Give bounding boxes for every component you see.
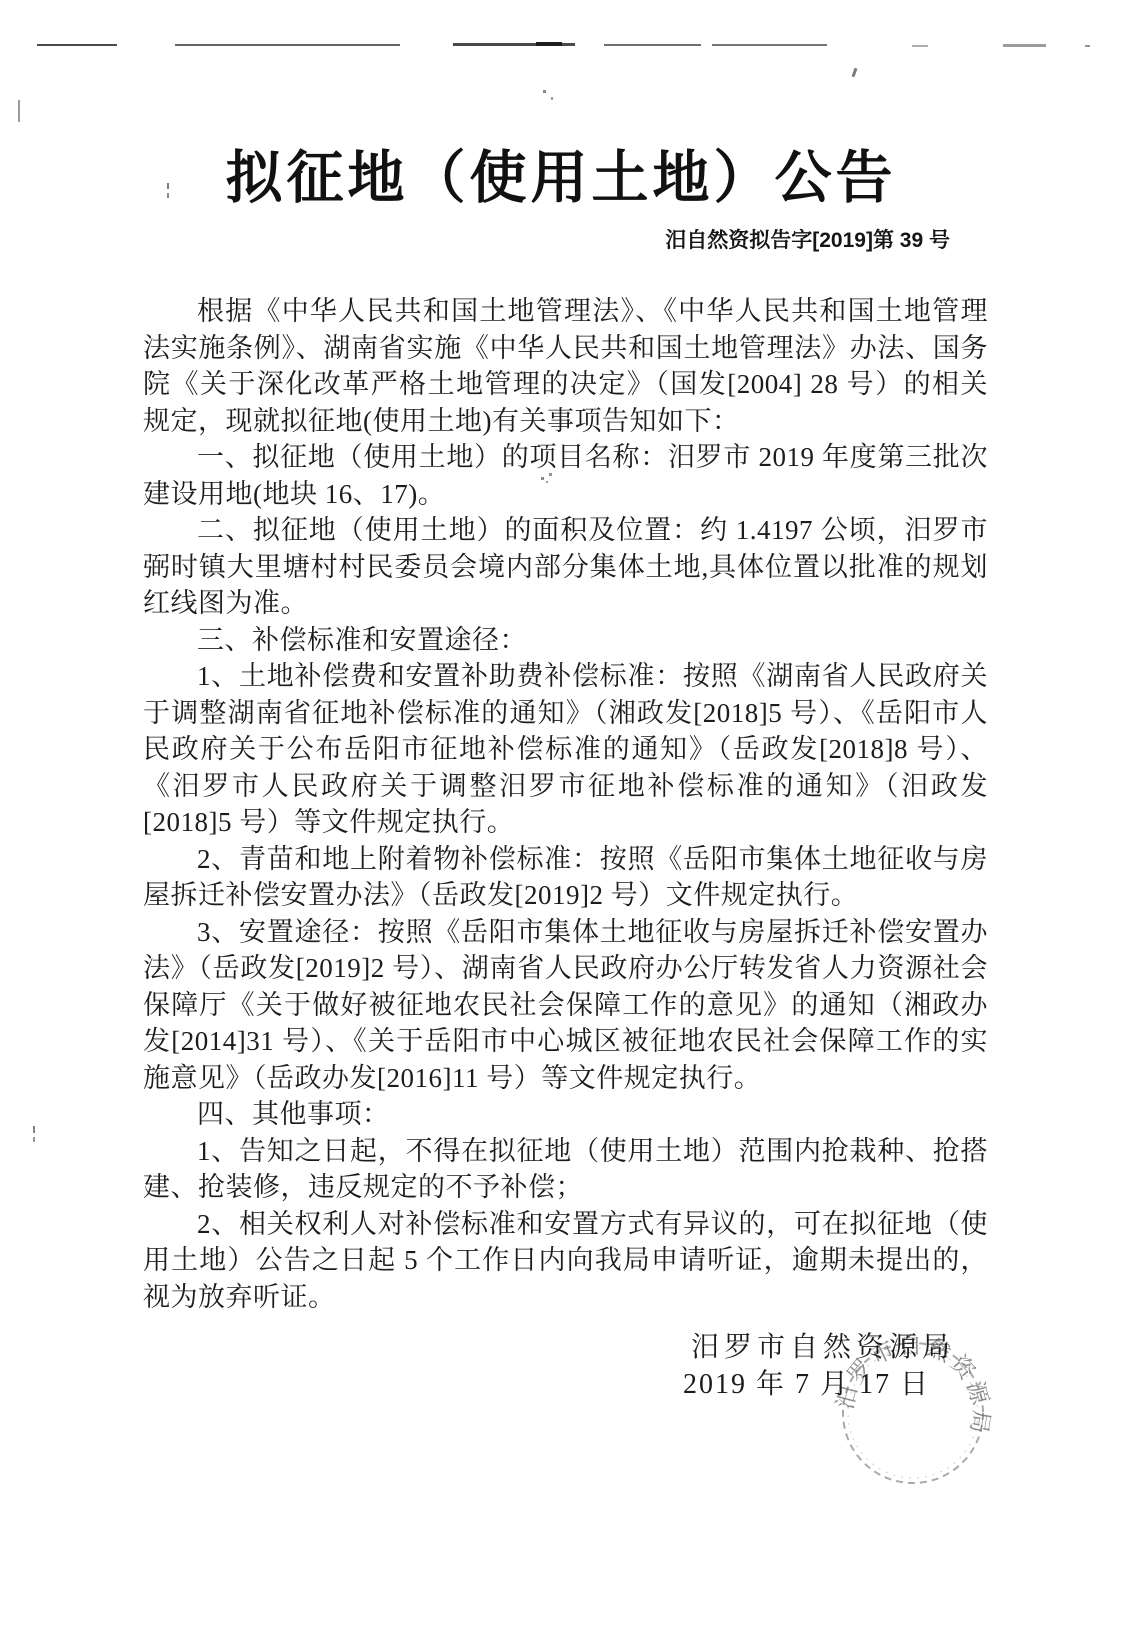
doc-number: 汨自然资拟告字[2019]第 39 号	[665, 224, 950, 254]
scan-artifact	[912, 45, 928, 47]
paragraph-item-2: 二、拟征地（使用土地）的面积及位置：约 1.4197 公顷，汨罗市弼时镇大里塘村…	[143, 512, 988, 622]
document-page: 拟征地（使用土地）公告 汨自然资拟告字[2019]第 39 号 汨罗市自然资源局…	[0, 0, 1122, 1632]
scan-artifact	[604, 44, 701, 46]
scan-artifact	[536, 42, 562, 46]
scan-speck	[549, 473, 552, 476]
scan-speck	[543, 90, 546, 93]
scan-speck	[546, 481, 548, 483]
scan-artifact	[1085, 45, 1090, 47]
paragraph-item-3-3: 3、安置途径：按照《岳阳市集体土地征收与房屋拆迁补偿安置办法》（岳政发[2019…	[143, 914, 988, 1097]
page-title: 拟征地（使用土地）公告	[0, 132, 1122, 214]
signature-date: 2019 年 7 月 17 日	[143, 1366, 988, 1403]
scan-speck	[551, 97, 553, 100]
paragraph-item-3-2: 2、青苗和地上附着物补偿标准：按照《岳阳市集体土地征收与房屋拆迁补偿安置办法》（…	[143, 841, 988, 914]
scan-artifact	[37, 44, 117, 46]
document-body: 根据《中华人民共和国土地管理法》、《中华人民共和国土地管理法实施条例》、湖南省实…	[143, 293, 988, 1403]
paragraph-item-3: 三、补偿标准和安置途径：	[143, 622, 988, 659]
scan-artifact	[175, 44, 400, 46]
scan-speck	[33, 1137, 35, 1142]
scan-artifact	[1003, 44, 1046, 47]
signature-org: 汨罗市自然资源局	[143, 1329, 988, 1366]
paragraph-item-4-1: 1、告知之日起，不得在拟征地（使用土地）范围内抢栽种、抢搭建、抢装修，违反规定的…	[143, 1133, 988, 1206]
scan-speck	[541, 477, 544, 480]
scan-speck	[167, 183, 169, 189]
paragraph-item-3-1: 1、土地补偿费和安置补助费补偿标准：按照《湖南省人民政府关于调整湖南省征地补偿标…	[143, 658, 988, 841]
scan-artifact	[712, 44, 827, 46]
paragraph-item-1: 一、拟征地（使用土地）的项目名称：汨罗市 2019 年度第三批次建设用地(地块 …	[143, 439, 988, 512]
paragraph-item-4: 四、其他事项：	[143, 1096, 988, 1133]
scan-speck	[167, 193, 169, 198]
paragraph-intro: 根据《中华人民共和国土地管理法》、《中华人民共和国土地管理法实施条例》、湖南省实…	[143, 293, 988, 439]
scan-speck	[33, 1126, 35, 1133]
scan-speck	[852, 68, 858, 77]
scan-speck	[18, 100, 20, 122]
paragraph-item-4-2: 2、相关权利人对补偿标准和安置方式有异议的，可在拟征地（使用土地）公告之日起 5…	[143, 1206, 988, 1316]
signature-block: 汨罗市自然资源局 2019 年 7 月 17 日	[143, 1329, 988, 1403]
